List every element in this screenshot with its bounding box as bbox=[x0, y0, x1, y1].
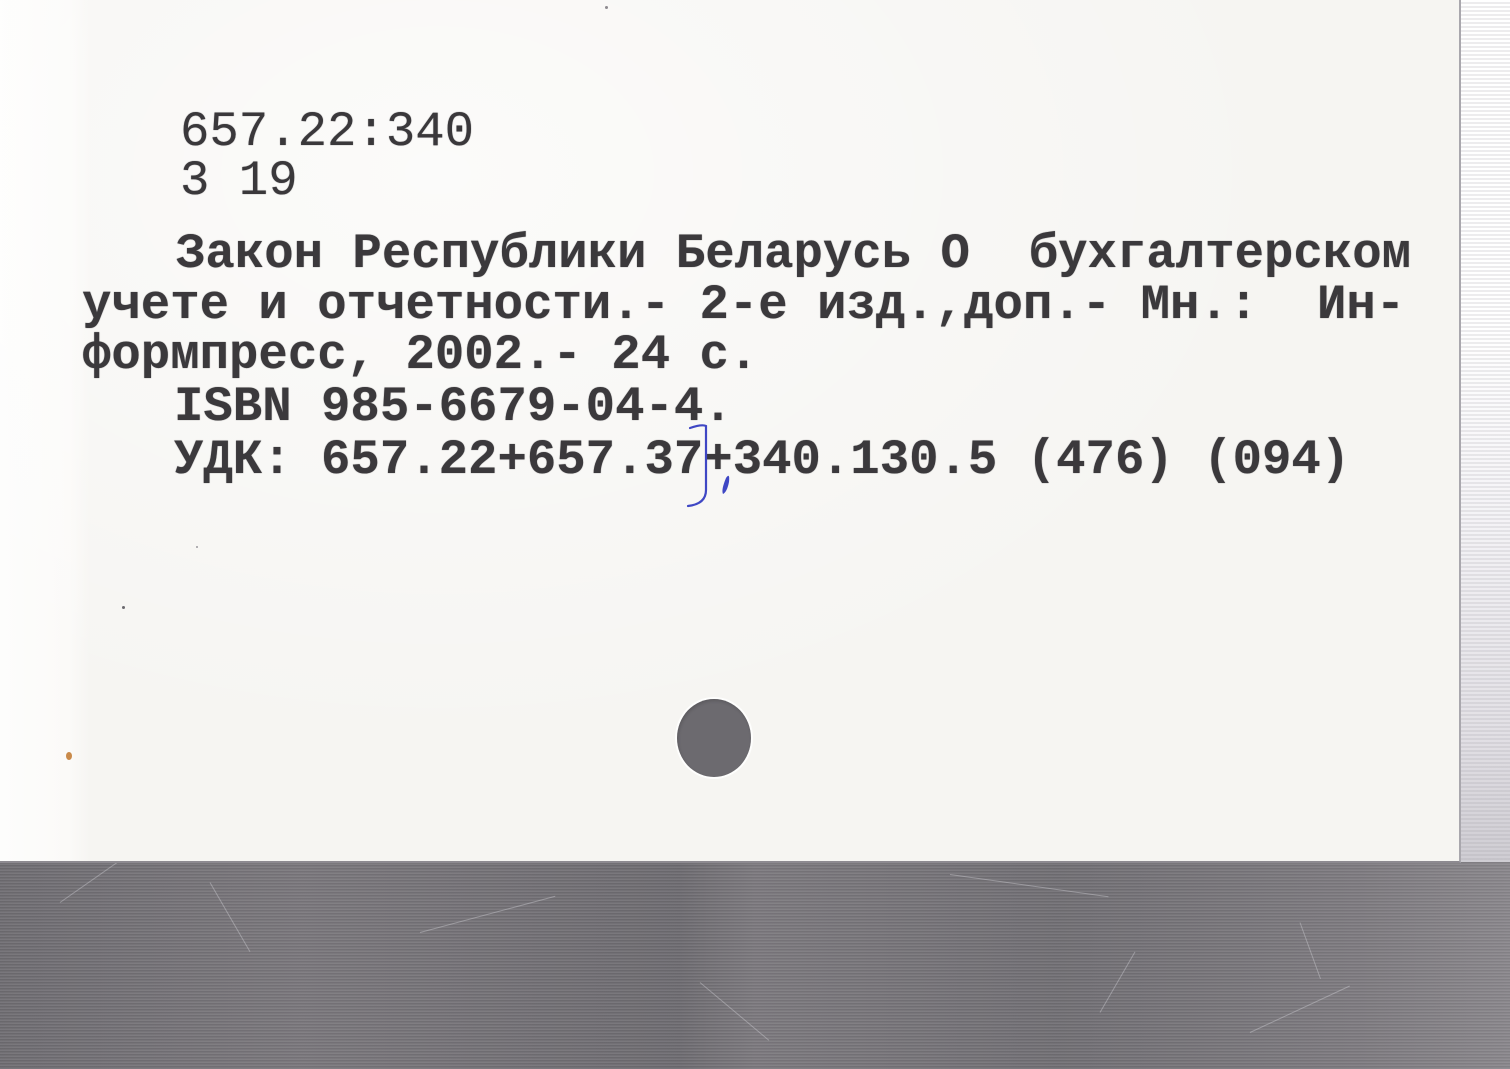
paper-speck bbox=[605, 6, 608, 9]
catalog-card: 657.22:340 3 19 Закон Республики Беларус… bbox=[0, 0, 1461, 863]
udc-classification: УДК: 657.22+657.37+340.130.5 (476) (094) bbox=[174, 434, 1350, 486]
call-number: 657.22:340 bbox=[180, 106, 474, 158]
title-line: формпресс, 2002.- 24 с. bbox=[82, 329, 758, 381]
handwritten-bracket-icon bbox=[684, 420, 744, 512]
punch-hole bbox=[677, 699, 751, 777]
scanner-margin bbox=[1461, 0, 1510, 862]
title-line: учете и отчетности.- 2-е изд.,доп.- Мн.:… bbox=[82, 279, 1405, 331]
title-line: Закон Республики Беларусь О бухгалтерско… bbox=[176, 228, 1411, 280]
scanner-background bbox=[0, 862, 1510, 1069]
paper-speck bbox=[122, 606, 125, 609]
paper-speck bbox=[66, 752, 72, 760]
isbn: ISBN 985-6679-04-4. bbox=[174, 381, 733, 433]
paper-speck bbox=[196, 546, 198, 548]
author-mark: 3 19 bbox=[180, 155, 298, 207]
